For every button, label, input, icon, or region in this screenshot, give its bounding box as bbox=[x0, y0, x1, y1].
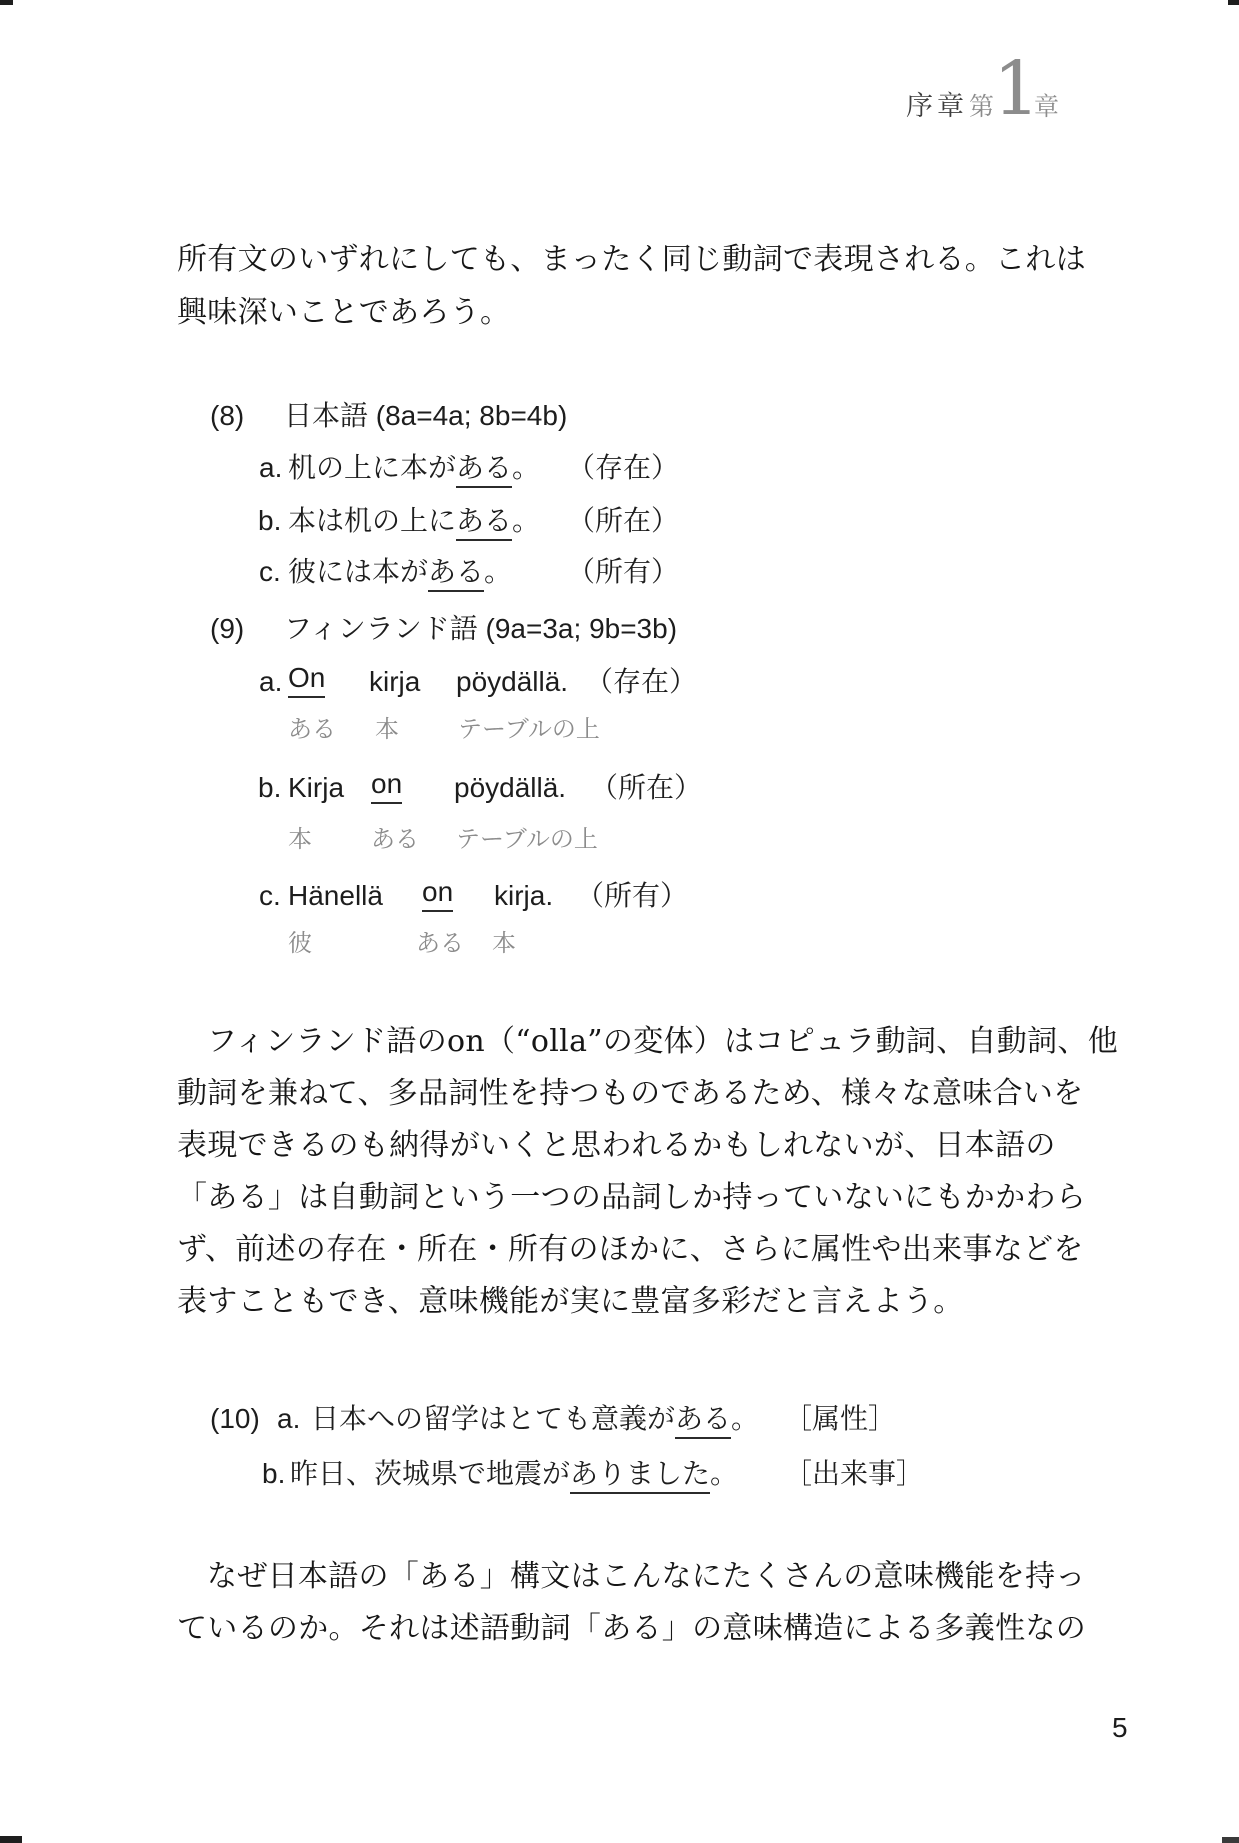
example-8b-row: b. 本は机の上にある。 （所在） bbox=[0, 501, 1239, 541]
semantic-note: （所有） bbox=[567, 552, 679, 592]
paragraph-2-line: 動詞を兼ねて、多品詞性を持つものであるため、様々な意味合いを bbox=[177, 1068, 1082, 1120]
finnish-word: Kirja bbox=[288, 768, 344, 808]
example-10b-sentence: 昨日、茨城県で地震がありました。 bbox=[290, 1454, 738, 1494]
paragraph-2-line: 表すこともでき、意味機能が実に豊富多彩だと言えよう。 bbox=[177, 1276, 1082, 1328]
example-9-header: (9) フィンランド語 (9a=3a; 9b=3b) bbox=[0, 609, 1239, 649]
underlined-word: ありました bbox=[570, 1458, 710, 1494]
example-8-number: (8) bbox=[210, 396, 244, 436]
example-10a-sentence: 日本への留学はとても意義がある。 bbox=[311, 1399, 759, 1439]
underlined-word: ある bbox=[456, 452, 512, 488]
gloss-word: 彼 bbox=[288, 928, 312, 960]
example-8-title: 日本語 (8a=4a; 8b=4b) bbox=[284, 396, 567, 436]
paragraph-1-line: 所有文のいずれにしても、まったく同じ動詞で表現される。これは bbox=[177, 233, 1082, 286]
item-letter: c. bbox=[259, 552, 281, 592]
paragraph-1-line: 興味深いことであろう。 bbox=[177, 286, 1082, 339]
paragraph-3-line: なぜ日本語の「ある」構文はこんなにたくさんの意味機能を持っ bbox=[177, 1551, 1082, 1603]
finnish-word-underlined: on bbox=[371, 768, 402, 804]
sentence-pre: 本は机の上に bbox=[288, 505, 456, 536]
sentence-pre: 昨日、茨城県で地震が bbox=[290, 1458, 570, 1489]
semantic-note: （所有） bbox=[576, 876, 688, 916]
item-letter: b. bbox=[262, 1454, 285, 1494]
finnish-word: kirja. bbox=[494, 876, 553, 916]
scan-mark-top-left bbox=[0, 0, 13, 5]
example-8a-row: a. 机の上に本がある。 （存在） bbox=[0, 448, 1239, 488]
example-9a-row: a. On kirja pöydällä. （存在） bbox=[0, 662, 1239, 702]
item-letter: a. bbox=[277, 1399, 300, 1439]
example-9-number: (9) bbox=[210, 609, 244, 649]
gloss-word: 本 bbox=[492, 928, 516, 960]
semantic-note: ［属性］ bbox=[784, 1399, 896, 1439]
sentence-post: 。 bbox=[512, 452, 540, 483]
item-letter: c. bbox=[259, 876, 281, 916]
sentence-post: 。 bbox=[512, 505, 540, 536]
item-letter: a. bbox=[259, 448, 282, 488]
paragraph-3: なぜ日本語の「ある」構文はこんなにたくさんの意味機能を持っ ているのか。それは述… bbox=[177, 1551, 1082, 1655]
semantic-note: （存在） bbox=[585, 662, 697, 702]
example-10a-row: (10) a. 日本への留学はとても意義がある。 ［属性］ bbox=[0, 1399, 1239, 1439]
page-number: 5 bbox=[1112, 1712, 1128, 1744]
finnish-word: Hänellä bbox=[288, 876, 383, 916]
paragraph-3-line: ているのか。それは述語動詞「ある」の意味構造による多義性なの bbox=[177, 1603, 1082, 1655]
scan-mark-bottom-right bbox=[1222, 1837, 1239, 1843]
paragraph-2-line: 「ある」は自動詞という一つの品詞しか持っていないにもかかわら bbox=[177, 1172, 1082, 1224]
example-8-header: (8) 日本語 (8a=4a; 8b=4b) bbox=[0, 396, 1239, 436]
example-9c-row: c. Hänellä on kirja. （所有） bbox=[0, 876, 1239, 916]
item-letter: b. bbox=[258, 768, 281, 808]
gloss-word: テーブルの上 bbox=[456, 824, 598, 856]
running-head-section: 序章 bbox=[906, 84, 968, 123]
example-10b-row: b. 昨日、茨城県で地震がありました。 ［出来事］ bbox=[0, 1454, 1239, 1494]
gloss-word: ある bbox=[416, 928, 464, 960]
gloss-word: 本 bbox=[288, 824, 312, 856]
finnish-word-underlined: On bbox=[288, 662, 325, 698]
gloss-word: ある bbox=[371, 824, 419, 856]
semantic-note: （存在） bbox=[567, 448, 679, 488]
semantic-note: ［出来事］ bbox=[784, 1454, 924, 1494]
underlined-word: ある bbox=[456, 505, 512, 541]
example-8c-sentence: 彼には本がある。 bbox=[288, 552, 512, 592]
sentence-post: 。 bbox=[484, 556, 512, 587]
example-10-number: (10) bbox=[210, 1399, 260, 1439]
paragraph-2-line: ず、前述の存在・所在・所有のほかに、さらに属性や出来事などを bbox=[177, 1224, 1082, 1276]
finnish-word-underlined: on bbox=[422, 876, 453, 912]
underlined-word: ある bbox=[675, 1403, 731, 1439]
scan-mark-bottom-left bbox=[0, 1836, 22, 1843]
underlined-word: ある bbox=[428, 556, 484, 592]
sentence-pre: 机の上に本が bbox=[288, 452, 456, 483]
paragraph-1: 所有文のいずれにしても、まったく同じ動詞で表現される。これは 興味深いことであろ… bbox=[177, 233, 1082, 339]
example-8b-sentence: 本は机の上にある。 bbox=[288, 501, 540, 541]
example-9-title: フィンランド語 (9a=3a; 9b=3b) bbox=[284, 609, 677, 649]
item-letter: b. bbox=[258, 501, 281, 541]
gloss-row-9a: ある 本 テーブルの上 bbox=[0, 714, 1239, 746]
gloss-word: ある bbox=[288, 714, 336, 746]
semantic-note: （所在） bbox=[567, 501, 679, 541]
gloss-row-9b: 本 ある テーブルの上 bbox=[0, 824, 1239, 856]
finnish-word: kirja bbox=[369, 662, 420, 702]
gloss-word: 本 bbox=[375, 714, 399, 746]
item-letter: a. bbox=[259, 662, 282, 702]
running-head-chapter-suffix: 章 bbox=[1034, 87, 1059, 123]
example-8a-sentence: 机の上に本がある。 bbox=[288, 448, 540, 488]
running-head-chapter-prefix: 第 bbox=[969, 87, 994, 123]
sentence-pre: 彼には本が bbox=[288, 556, 428, 587]
gloss-word: テーブルの上 bbox=[458, 714, 600, 746]
finnish-word: pöydällä. bbox=[454, 768, 566, 808]
sentence-post: 。 bbox=[710, 1458, 738, 1489]
scan-mark-top-right bbox=[1228, 0, 1239, 5]
paragraph-2-line: フィンランド語のon（“olla”の変体）はコピュラ動詞、自動詞、他 bbox=[177, 1016, 1082, 1068]
sentence-pre: 日本への留学はとても意義が bbox=[311, 1403, 675, 1434]
example-8c-row: c. 彼には本がある。 （所有） bbox=[0, 552, 1239, 592]
paragraph-2-line: 表現できるのも納得がいくと思われるかもしれないが、日本語の bbox=[177, 1120, 1082, 1172]
sentence-post: 。 bbox=[731, 1403, 759, 1434]
semantic-note: （所在） bbox=[590, 768, 702, 808]
gloss-row-9c: 彼 ある 本 bbox=[0, 928, 1239, 960]
book-page: 序章 第 1 章 所有文のいずれにしても、まったく同じ動詞で表現される。これは … bbox=[0, 0, 1239, 1843]
finnish-word: pöydällä. bbox=[456, 662, 568, 702]
example-9b-row: b. Kirja on pöydällä. （所在） bbox=[0, 768, 1239, 808]
paragraph-2: フィンランド語のon（“olla”の変体）はコピュラ動詞、自動詞、他 動詞を兼ね… bbox=[177, 1016, 1082, 1328]
